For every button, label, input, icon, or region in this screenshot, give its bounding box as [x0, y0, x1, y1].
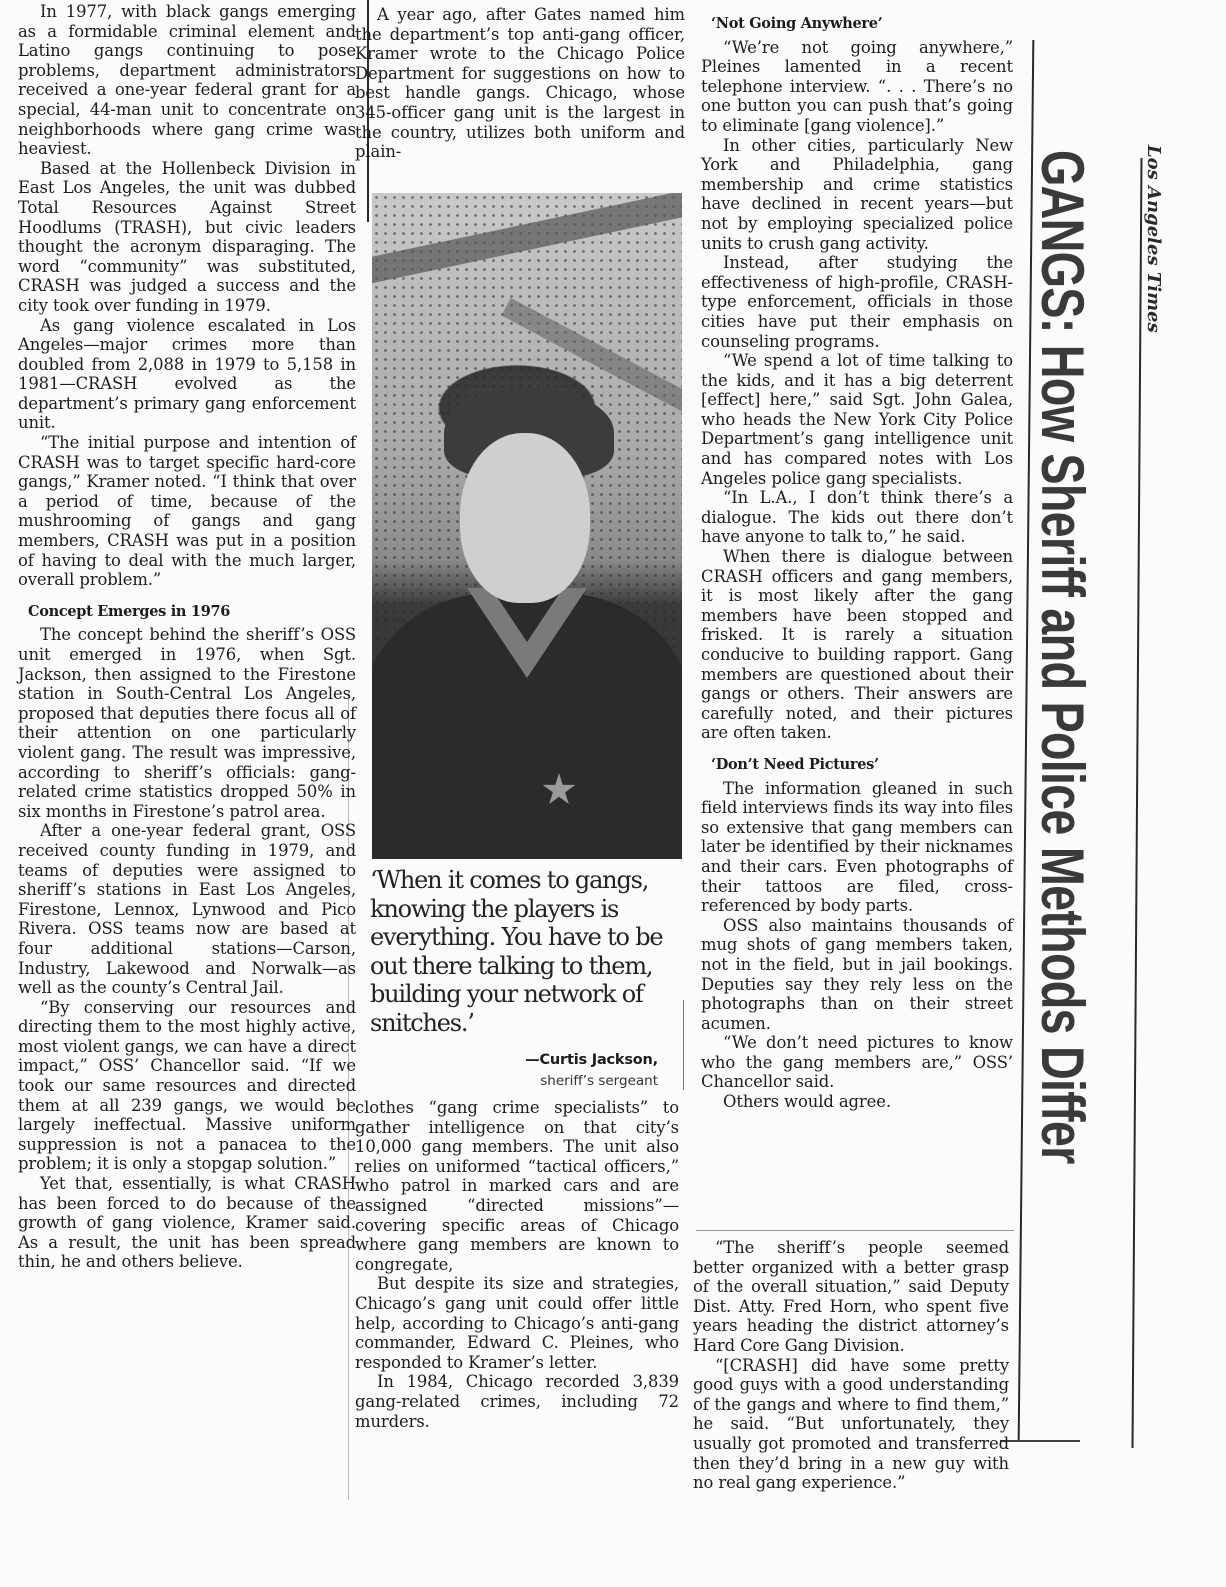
portrait-photo	[372, 193, 682, 859]
article-column-3: ‘Not Going Anywhere’ “We’re not going an…	[701, 14, 1013, 1112]
paragraph: After a one-year federal grant, OSS rece…	[18, 821, 356, 997]
paragraph: OSS also maintains thousands of mug shot…	[701, 916, 1013, 1034]
paragraph: “We’re not going anywhere,” Pleines lame…	[701, 38, 1013, 136]
paragraph: As gang violence escalated in Los Angele…	[18, 316, 356, 434]
paragraph: The information gleaned in such field in…	[701, 779, 1013, 916]
photo-face	[460, 433, 590, 603]
masthead-los-angeles-times: Los Angeles Times	[1140, 145, 1166, 365]
section-rule	[696, 1230, 1014, 1231]
subhead-dont-need-pictures: ‘Don’t Need Pictures’	[711, 755, 1013, 775]
subhead-concept-emerges: Concept Emerges in 1976	[28, 602, 356, 622]
headline: GANGS: How Sheriff and Police Methods Di…	[1030, 150, 1094, 1156]
subhead-not-going-anywhere: ‘Not Going Anywhere’	[711, 14, 1013, 34]
paragraph: In 1977, with black gangs emerging as a …	[18, 2, 356, 159]
article-column-1: In 1977, with black gangs emerging as a …	[18, 2, 356, 1272]
pull-quote-attribution-title: sheriff’s sergeant	[440, 1073, 658, 1089]
paragraph: When there is dialogue between CRASH off…	[701, 547, 1013, 743]
paragraph: But despite its size and strategies, Chi…	[355, 1274, 679, 1372]
paragraph: Instead, after studying the effectivenes…	[701, 253, 1013, 351]
paragraph: clothes “gang crime specialists” to gath…	[355, 1098, 679, 1274]
pull-quote-attribution-name: —Curtis Jackson,	[440, 1052, 658, 1068]
column-rule-2	[683, 1000, 684, 1090]
photo-jacket	[372, 593, 682, 859]
paragraph: The concept behind the sheriff’s OSS uni…	[18, 625, 356, 821]
article-column-3-continued: “The sheriff’s people seemed better orga…	[693, 1238, 1009, 1493]
paragraph: “We don’t need pictures to know who the …	[701, 1033, 1013, 1092]
paragraph: “We spend a lot of time talking to the k…	[701, 351, 1013, 488]
paragraph: Yet that, essentially, is what CRASH has…	[18, 1174, 356, 1272]
paragraph: “In L.A., I don’t think there’s a dialog…	[701, 488, 1013, 547]
paragraph: “The initial purpose and intention of CR…	[18, 433, 356, 590]
paragraph: In other cities, particularly New York a…	[701, 136, 1013, 254]
paragraph: “By conserving our resources and directi…	[18, 998, 356, 1174]
pull-quote: ‘When it comes to gangs, knowing the pla…	[370, 866, 670, 1037]
paragraph: In 1984, Chicago recorded 3,839 gang-rel…	[355, 1372, 679, 1431]
article-column-2-bottom: clothes “gang crime specialists” to gath…	[355, 1098, 679, 1431]
photo-background-beam	[372, 193, 682, 286]
article-column-2-top: A year ago, after Gates named him the de…	[355, 5, 685, 162]
headline-rule-bottom	[1000, 1440, 1080, 1442]
paragraph: “[CRASH] did have some pretty good guys …	[693, 1356, 1009, 1493]
paragraph: “The sheriff’s people seemed better orga…	[693, 1238, 1009, 1356]
paragraph: A year ago, after Gates named him the de…	[355, 5, 685, 162]
paragraph: Based at the Hollenbeck Division in East…	[18, 159, 356, 316]
paragraph: Others would agree.	[701, 1092, 1013, 1112]
